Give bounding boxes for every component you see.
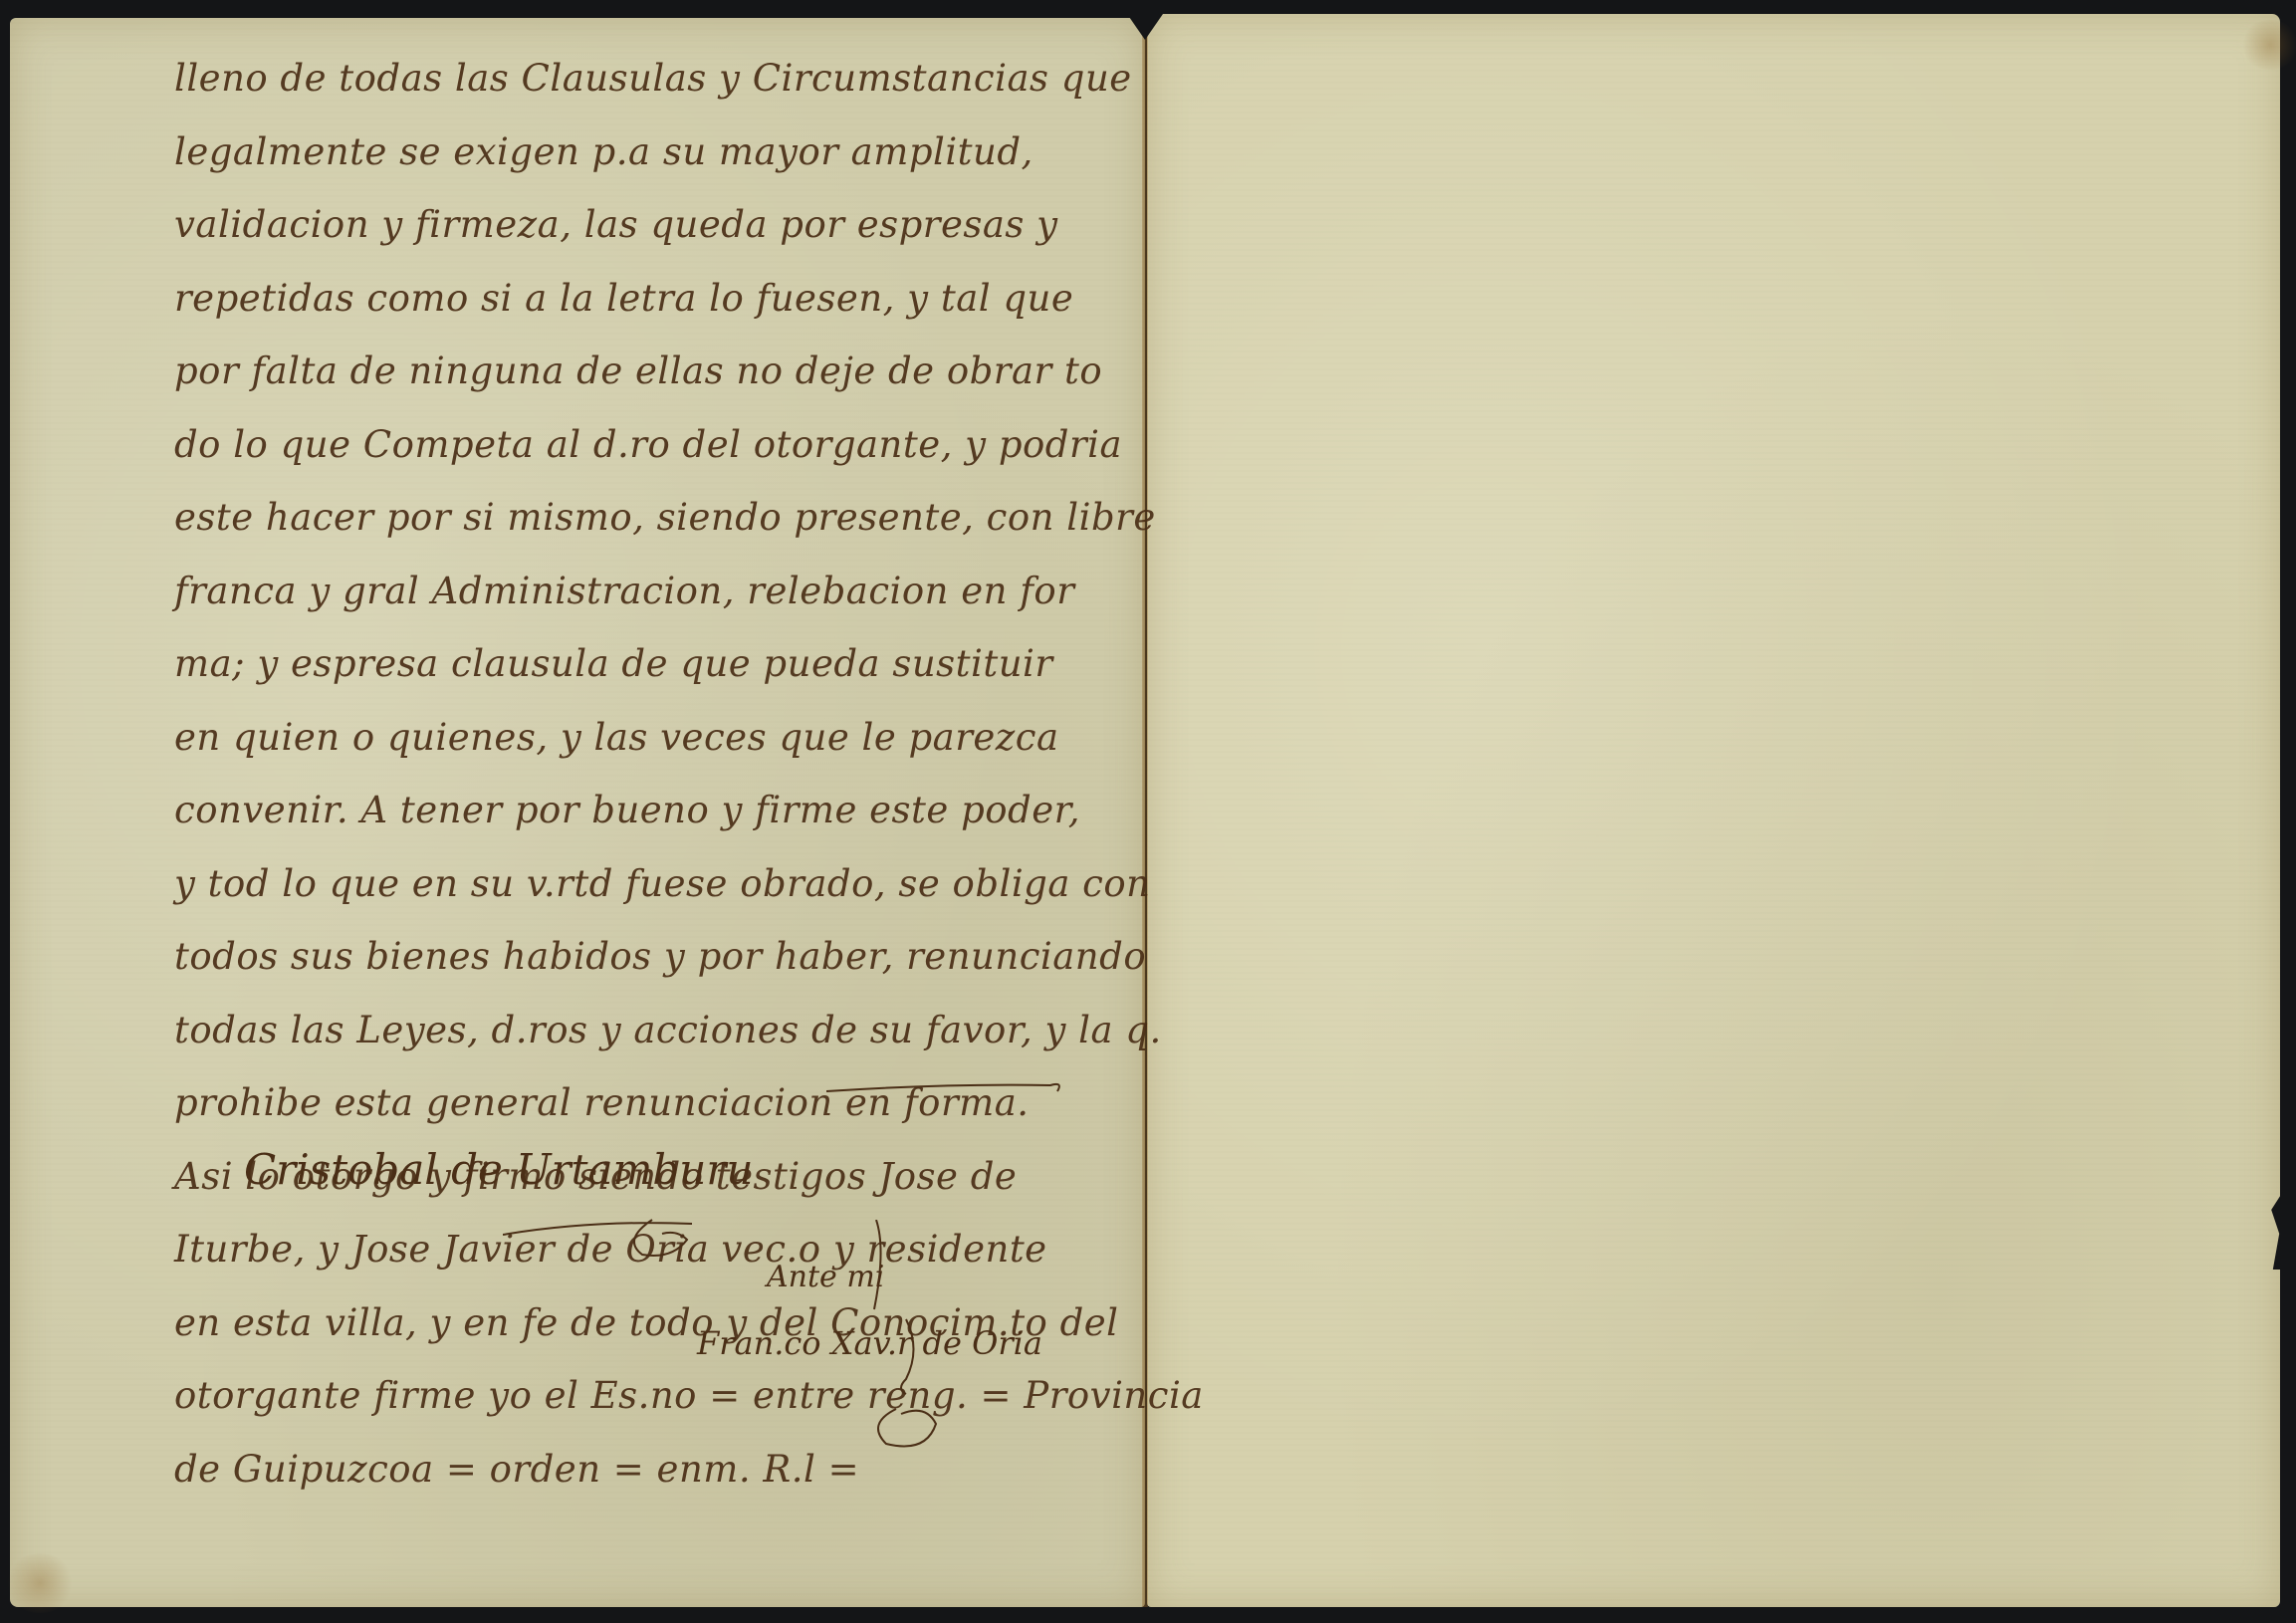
text-line: en quien o quienes, y las veces que le p…	[174, 701, 1130, 775]
closing-rule-line	[826, 1077, 1065, 1097]
text-line: este hacer por si mismo, siendo presente…	[174, 481, 1130, 555]
text-line: todos sus bienes habidos y por haber, re…	[174, 920, 1130, 994]
text-line: de Guipuzcoa = orden = enm. R.l =	[174, 1433, 1130, 1507]
edge-stain	[2240, 20, 2296, 70]
text-line: y tod lo que en su v.rtd fuese obrado, s…	[174, 847, 1130, 921]
text-line: por falta de ninguna de ellas no deje de…	[174, 335, 1130, 408]
text-line: ma; y espresa clausula de que pueda sust…	[174, 627, 1130, 701]
text-line: otorgante firme yo el Es.no = entre reng…	[174, 1359, 1130, 1433]
text-line: repetidas como si a la letra lo fuesen, …	[174, 262, 1130, 336]
signature-flourish	[503, 1210, 707, 1260]
handwritten-text: lleno de todas las Clausulas y Circumsta…	[174, 42, 1130, 1506]
signature-otorgante: Cristobal de Urtamburu	[244, 1145, 753, 1194]
notary-rubric	[866, 1220, 946, 1449]
text-line: legalmente se exigen p.a su mayor amplit…	[174, 116, 1130, 189]
text-line: convenir. A tener por bueno y firme este…	[174, 774, 1130, 847]
text-line: franca y gral Administracion, relebacion…	[174, 555, 1130, 628]
edge-stain	[5, 1553, 75, 1613]
text-line: todas las Leyes, d.ros y acciones de su …	[174, 994, 1130, 1067]
right-page-blank	[1147, 14, 2280, 1607]
text-line: validacion y firmeza, las queda por espr…	[174, 188, 1130, 262]
text-line: lleno de todas las Clausulas y Circumsta…	[174, 42, 1130, 116]
spine-notch	[1127, 14, 1163, 40]
manuscript-scan: lleno de todas las Clausulas y Circumsta…	[0, 0, 2296, 1623]
text-line: do lo que Competa al d.ro del otorgante,…	[174, 408, 1130, 482]
spine-gutter	[1142, 36, 1148, 1607]
